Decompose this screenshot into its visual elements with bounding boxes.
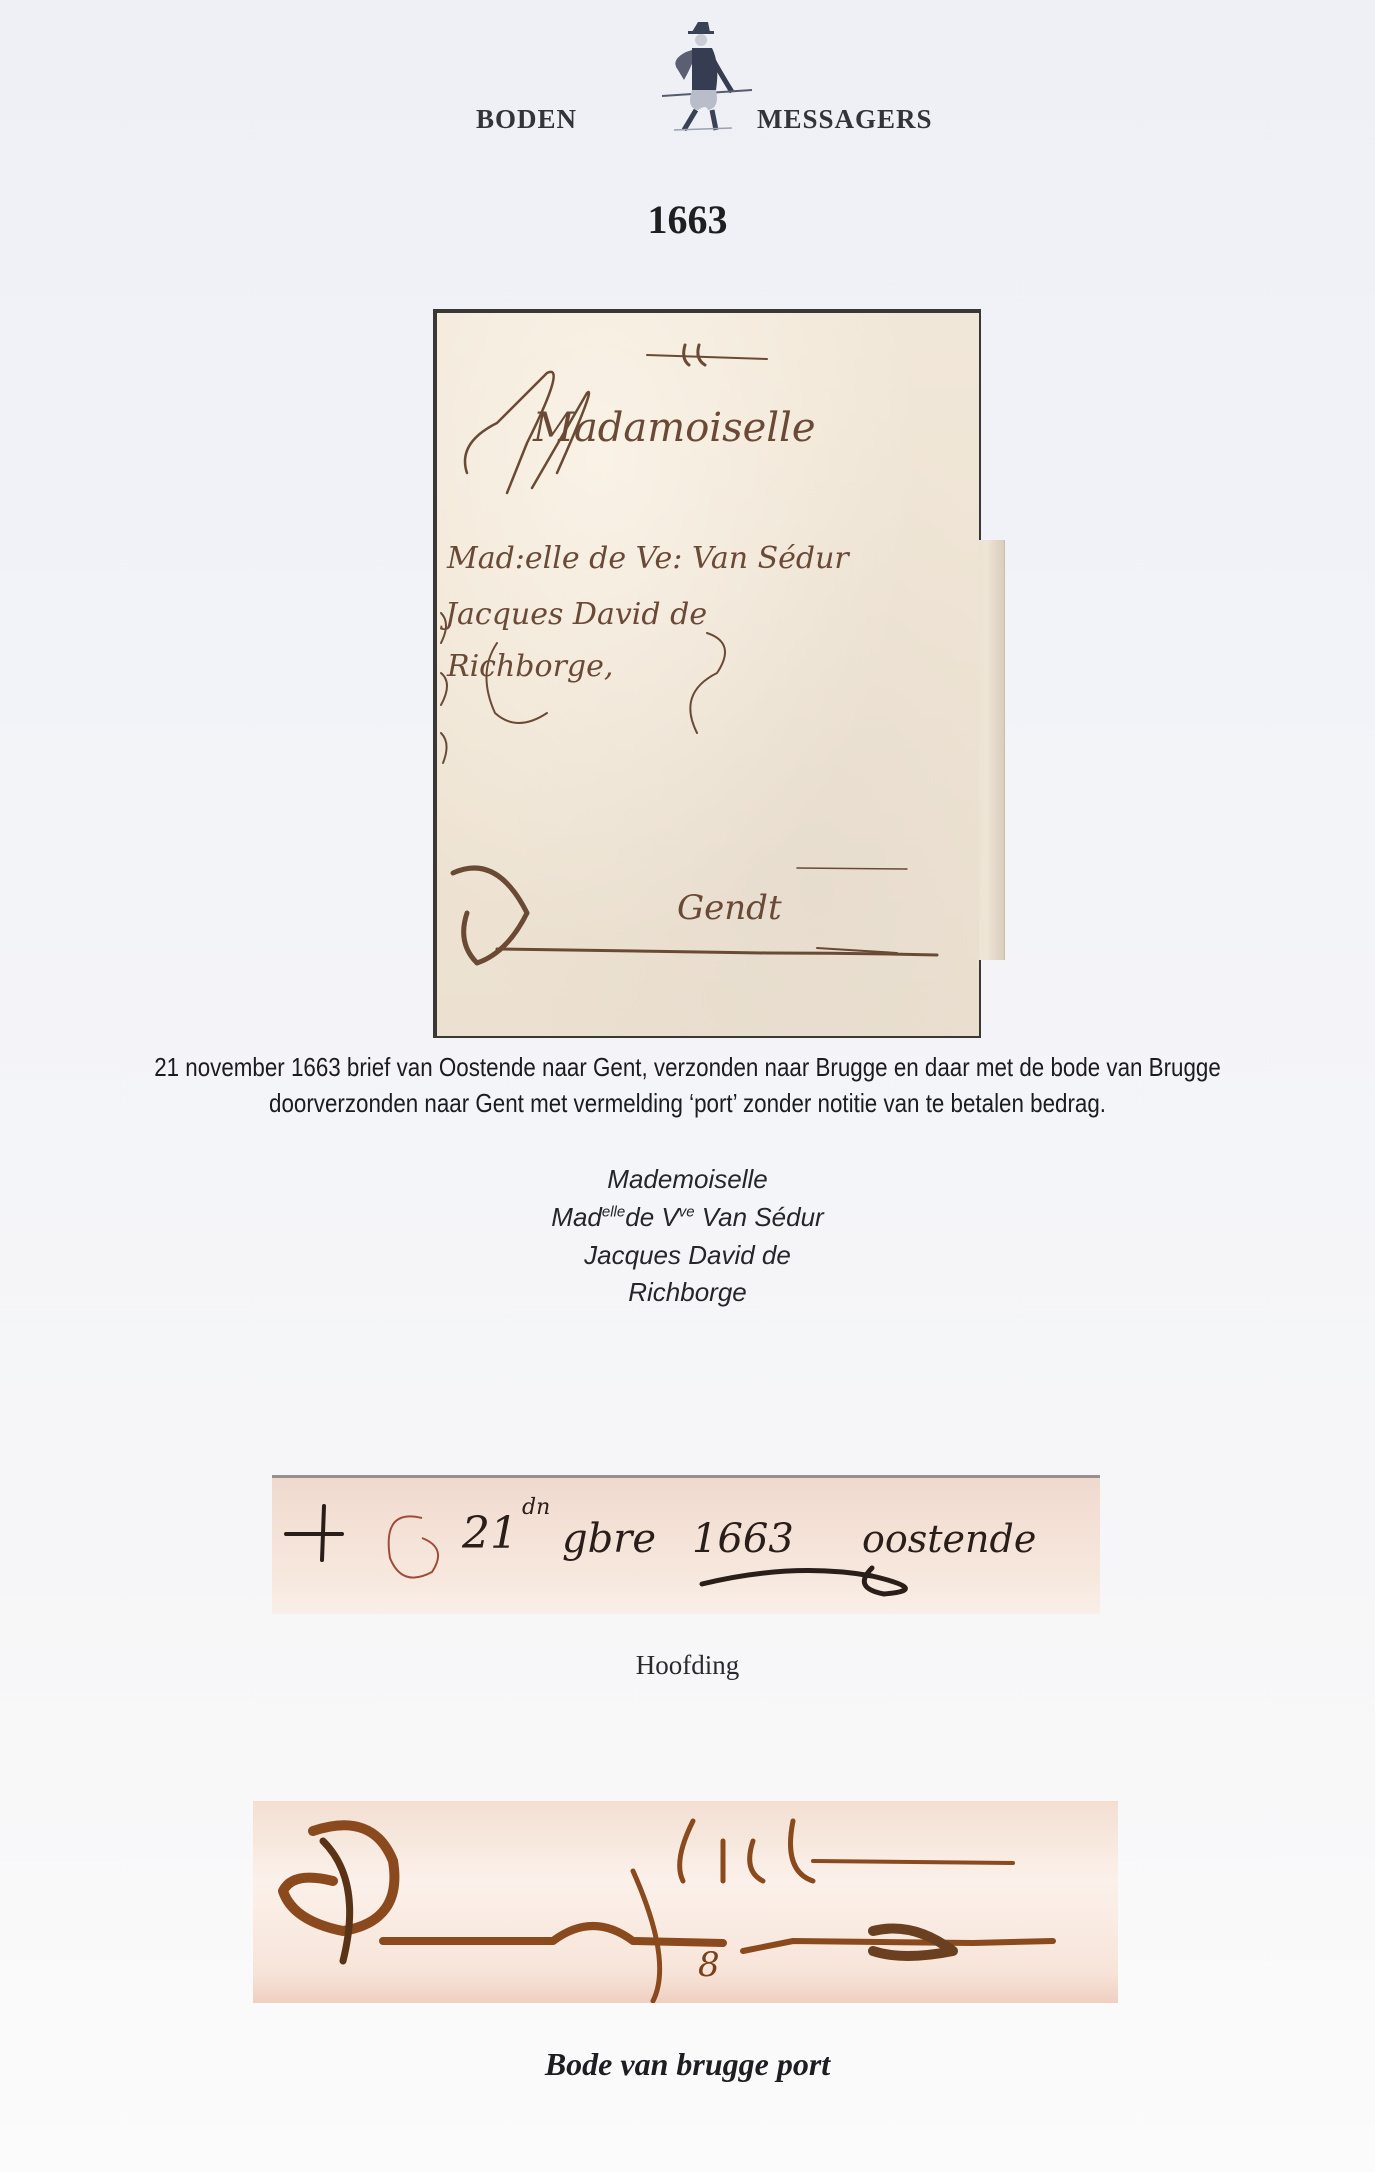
svg-text:gbre: gbre bbox=[562, 1516, 656, 1562]
envelope-address-line3: Jacques David de bbox=[445, 597, 707, 632]
hoofding-detail-image: 21 dn gbre 1663 oostende bbox=[272, 1475, 1100, 1614]
caption-line1: 21 november 1663 brief van Oostende naar… bbox=[96, 1052, 1279, 1083]
svg-text:8: 8 bbox=[698, 1945, 720, 1985]
hoofding-handwriting: 21 dn gbre 1663 oostende bbox=[272, 1478, 1100, 1614]
caption-line2: doorverzonden naar Gent met vermelding ‘… bbox=[96, 1088, 1279, 1119]
transcription-line3: Jacques David de bbox=[0, 1240, 1375, 1271]
transcription-line1: Mademoiselle bbox=[0, 1164, 1375, 1195]
header-title-left: BODEN bbox=[476, 104, 577, 135]
transcription-superscript: ve bbox=[679, 1203, 695, 1220]
bode-port-handwriting: 8 bbox=[253, 1801, 1118, 2003]
svg-text:1663: 1663 bbox=[692, 1516, 794, 1562]
transcription-part: de V bbox=[625, 1202, 679, 1232]
svg-text:oostende: oostende bbox=[862, 1517, 1036, 1561]
svg-text:dn: dn bbox=[522, 1495, 550, 1520]
hoofding-label: Hoofding bbox=[0, 1650, 1375, 1681]
transcription-part: Van Sédur bbox=[695, 1202, 824, 1232]
envelope-address-line4: Richborge, bbox=[447, 649, 613, 684]
transcription-superscript: elle bbox=[602, 1203, 625, 1220]
bode-port-label: Bode van brugge port bbox=[0, 2046, 1375, 2083]
letter-envelope-photo: Madamoiselle Mad:elle de Ve: Van Sédur J… bbox=[437, 313, 979, 1036]
bode-port-detail-image: 8 bbox=[253, 1801, 1118, 2003]
envelope-address-line2: Mad:elle de Ve: Van Sédur bbox=[447, 541, 849, 576]
messenger-figure-icon bbox=[640, 18, 760, 136]
page-year: 1663 bbox=[0, 196, 1375, 243]
svg-text:21: 21 bbox=[461, 1508, 518, 1559]
transcription-part: Mad bbox=[551, 1202, 602, 1232]
envelope-routing-mark: Gendt bbox=[677, 888, 782, 928]
header-title-right: MESSAGERS bbox=[757, 104, 933, 135]
envelope-address-line1: Madamoiselle bbox=[533, 405, 816, 451]
transcription-line4: Richborge bbox=[0, 1277, 1375, 1308]
transcription-line2: Madellede Vve Van Sédur bbox=[0, 1202, 1375, 1233]
